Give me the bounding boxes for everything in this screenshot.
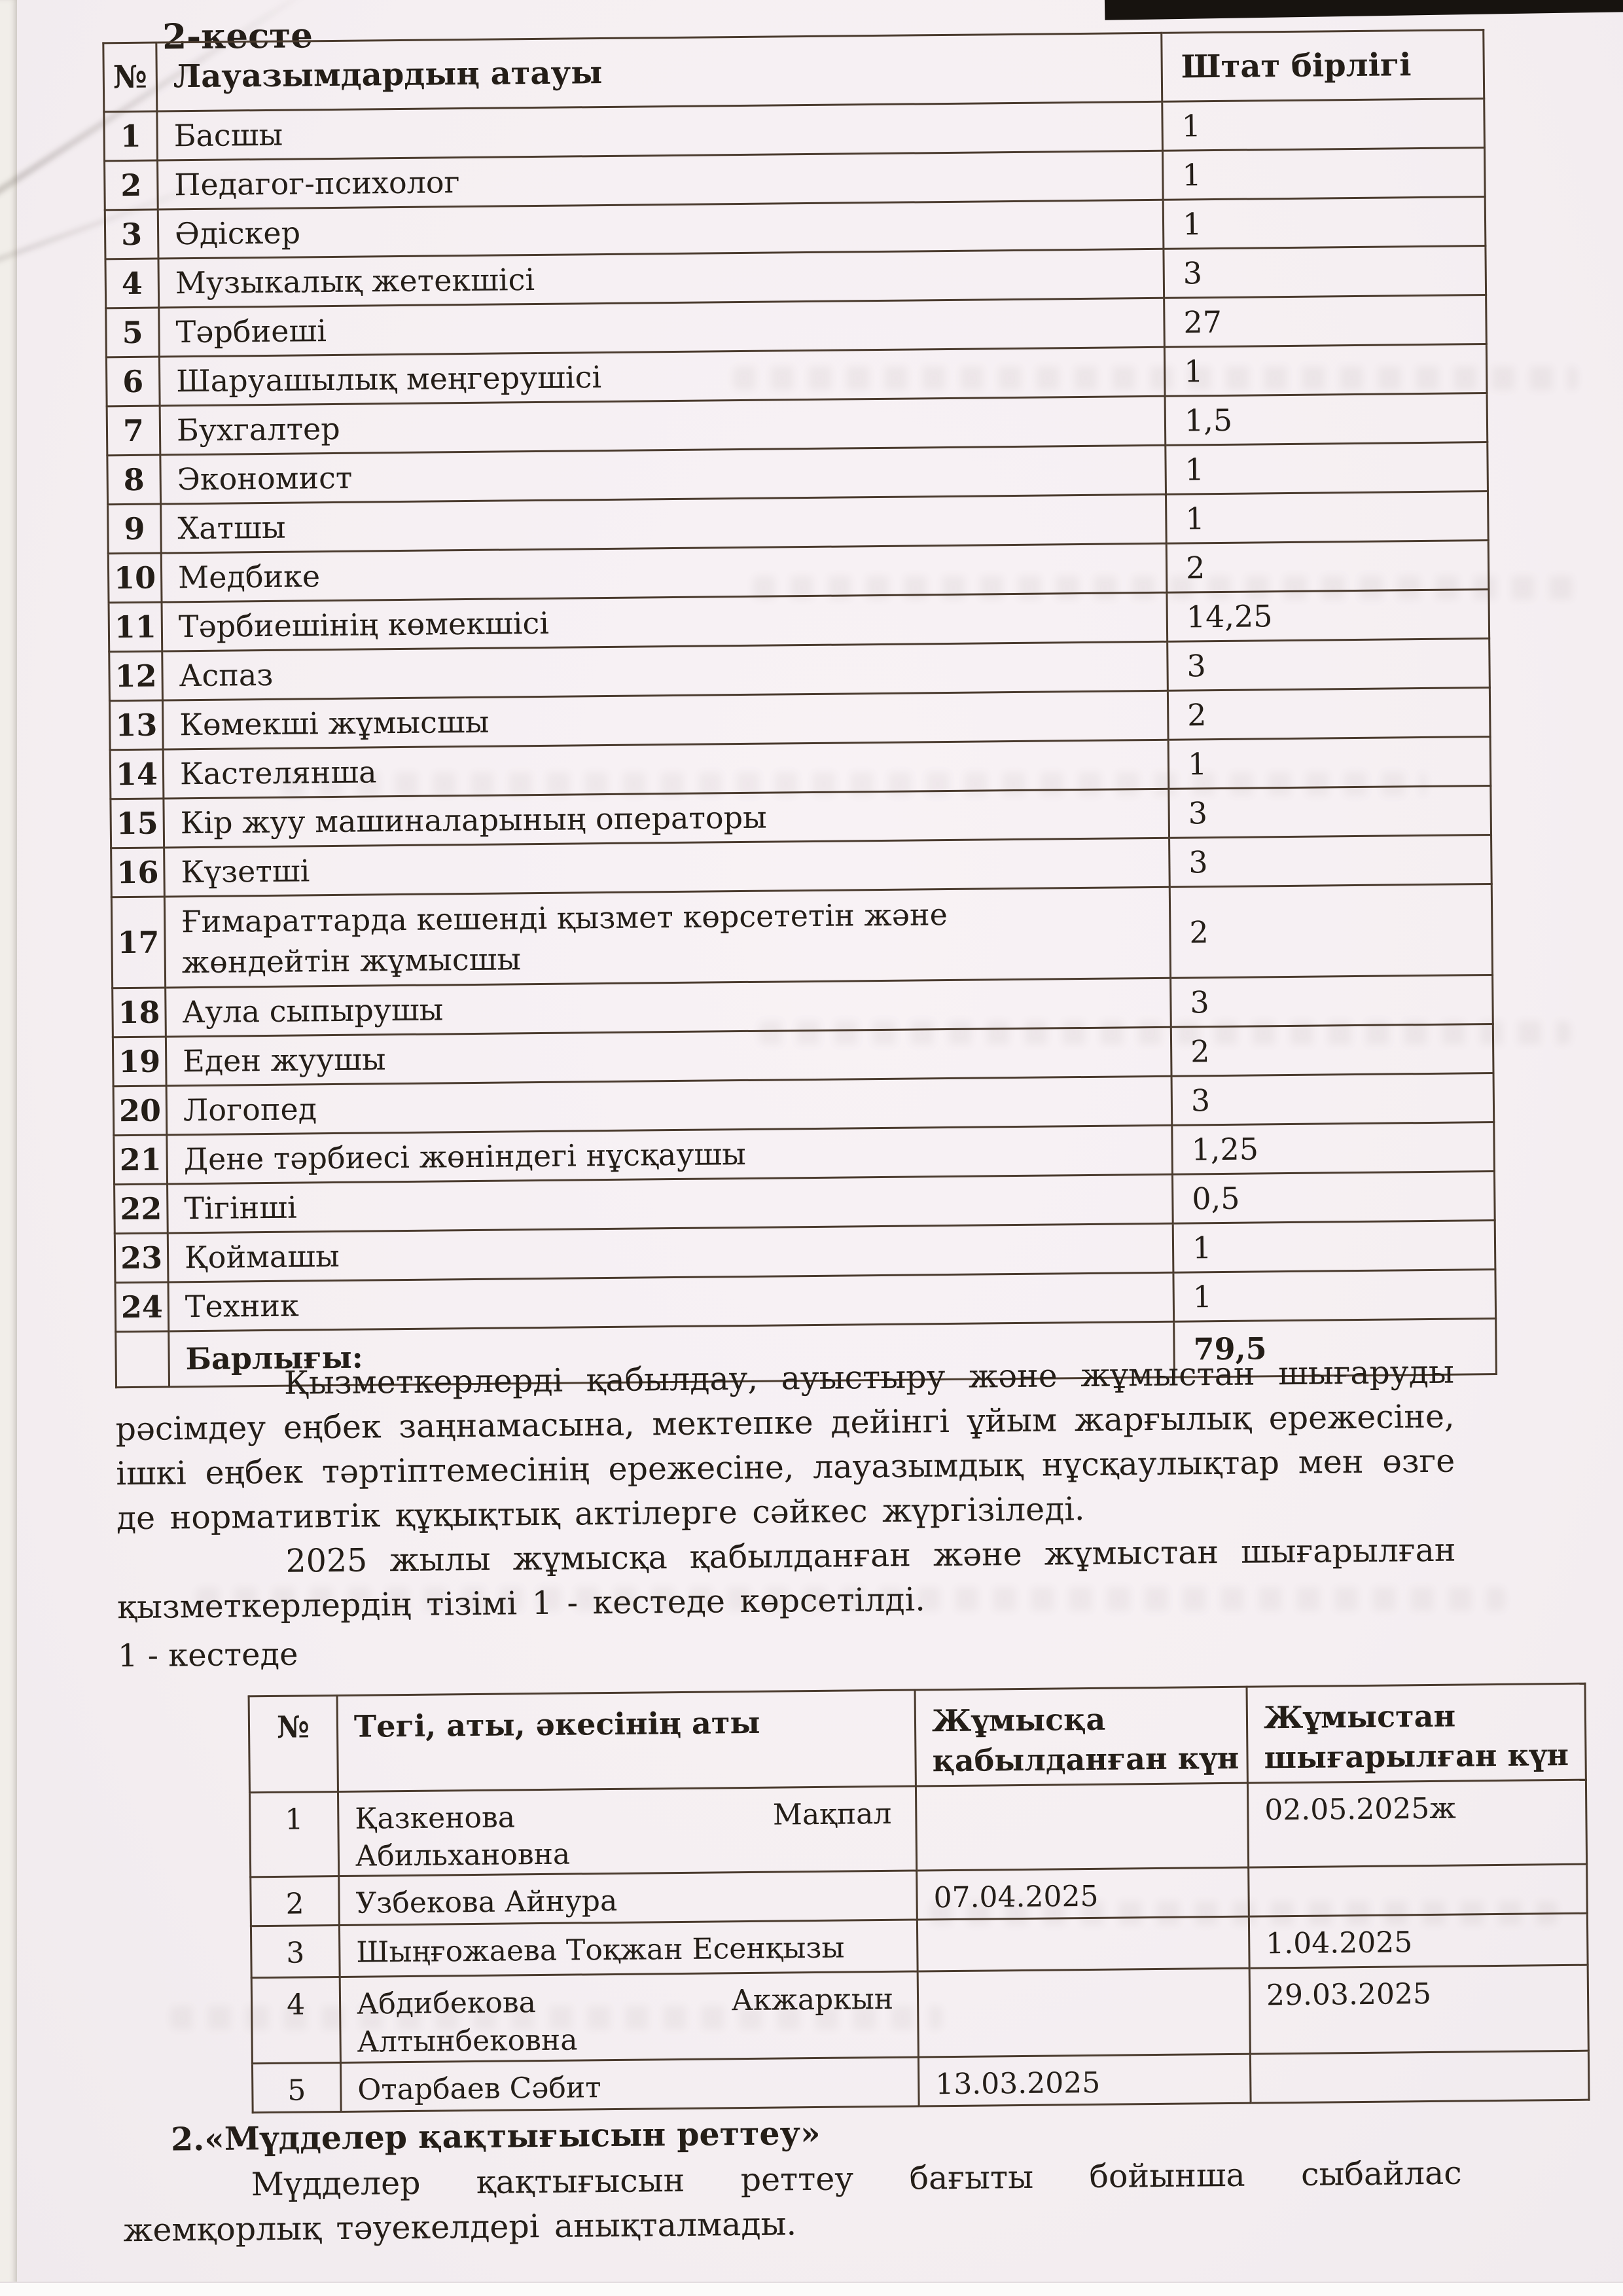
staff-units-value: 3 (1169, 786, 1491, 838)
staff-units-value: 14,25 (1167, 590, 1489, 642)
row-number: 4 (105, 259, 159, 308)
row-number: 6 (106, 357, 160, 406)
terminated-header-line1: Жұмыстан (1264, 1695, 1585, 1738)
hired-date (916, 1783, 1248, 1871)
staff-units-value: 1 (1162, 99, 1485, 151)
row-number: 17 (111, 897, 165, 988)
column-header-position: Лауазымдардың атауы (156, 33, 1162, 111)
column-header-hired-date: Жұмысқа қабылданған күн (915, 1687, 1247, 1786)
column-header-terminated-date: Жұмыстан шығарылған күн (1247, 1683, 1586, 1783)
hired-date (917, 1917, 1249, 1972)
employee-name: Шыңғожаева Тоқжан Есенқызы (339, 1920, 918, 1977)
row-number: 2 (251, 1876, 340, 1926)
section-2-block: 2.«Мүдделер қақтығысын реттеу» Мүдделер … (122, 2108, 1463, 2253)
row-number: 1 (249, 1792, 338, 1878)
terminated-date (1249, 1865, 1588, 1917)
row-number: 18 (113, 988, 166, 1037)
terminated-date (1250, 2051, 1589, 2104)
employees-table-body: № Тегі, аты, әкесінің аты Жұмысқа қабылд… (249, 1683, 1589, 2113)
column-header-number: № (103, 43, 157, 112)
column-header-number: № (249, 1696, 338, 1793)
row-number: 20 (113, 1086, 167, 1136)
position-name: Ғимараттарда кешенді қызмет көрсететін ж… (164, 887, 1170, 988)
row-number: 15 (111, 798, 164, 848)
row-number: 5 (252, 2063, 341, 2113)
staff-units-value: 1 (1162, 148, 1485, 200)
employee-patronymic: Алтынбековна (357, 2018, 918, 2060)
row-number: 21 (114, 1135, 168, 1185)
row-number: 22 (115, 1184, 168, 1234)
row-number: 11 (109, 602, 162, 652)
staff-table-header-row: № Лауазымдардың атауы Штат бірлігі (103, 30, 1484, 112)
staff-units-value: 1,5 (1165, 393, 1488, 446)
position-name-line2: жөндейтін жұмысшы (182, 933, 1169, 983)
staff-units-value: 1 (1163, 197, 1486, 249)
hired-header-line1: Жұмысқа (932, 1698, 1247, 1741)
row-number: 14 (110, 749, 164, 799)
employee-name-line1: Абдибекова Акжаркын (357, 1981, 918, 2023)
staff-units-value: 3 (1171, 975, 1493, 1028)
terminated-date: 29.03.2025 (1249, 1965, 1588, 2054)
row-number: 19 (113, 1037, 166, 1086)
terminated-date: 02.05.2025ж (1247, 1780, 1586, 1867)
staff-units-value: 1,25 (1172, 1122, 1495, 1175)
row-number: 10 (108, 553, 162, 603)
row-number: 12 (109, 651, 163, 701)
paragraph-2025-list: 2025 жылы жұмысқа қабылданған және жұмыс… (116, 1528, 1456, 1630)
row-number: 24 (115, 1282, 169, 1332)
staff-units-value: 3 (1169, 835, 1492, 888)
paragraph-hiring-procedure: Қызметкерлерді қабылдау, ауыстыру және ж… (115, 1350, 1456, 1541)
terminated-date: 1.04.2025 (1249, 1914, 1588, 1969)
employee-firstname: Акжаркын (731, 1981, 893, 2020)
staff-units-value: 1 (1168, 737, 1491, 789)
staff-units-value: 2 (1166, 541, 1489, 593)
staff-table: № Лауазымдардың атауы Штат бірлігі 1 Бас… (102, 29, 1497, 1388)
terminated-header-line2: шығарылған күн (1264, 1734, 1585, 1777)
hired-date (918, 1969, 1250, 2058)
table1-caption: 1 - кестеде (118, 1623, 1457, 1677)
staff-units-value: 27 (1164, 295, 1487, 348)
employee-name-line1: Қазкенова Мақпал (355, 1795, 916, 1838)
staff-units-value: 1 (1166, 492, 1489, 544)
employee-surname: Абдибекова (357, 1984, 536, 2023)
staff-units-value: 2 (1169, 884, 1492, 978)
employee-surname: Қазкенова (355, 1799, 515, 1838)
staff-units-value: 1 (1166, 442, 1488, 495)
staff-row: 17 Ғимараттарда кешенді қызмет көрсететі… (111, 884, 1492, 988)
hired-date: 13.03.2025 (918, 2054, 1251, 2107)
row-number: 3 (251, 1926, 340, 1978)
staff-units-value: 1 (1173, 1269, 1496, 1321)
column-header-units: Штат бірлігі (1162, 30, 1484, 102)
employee-patronymic: Абильхановна (355, 1833, 916, 1875)
scanned-page-background: 2-кесте № Лауазымдардың атауы Штат бірлі… (0, 0, 1623, 2296)
employee-firstname: Мақпал (773, 1795, 892, 1834)
row-number: 13 (109, 700, 163, 750)
staff-units-value: 2 (1168, 688, 1490, 740)
document-content: 2-кесте № Лауазымдардың атауы Штат бірлі… (0, 0, 1623, 2296)
employee-row: 1 Қазкенова Мақпал Абильхановна 02.05.20… (249, 1780, 1586, 1877)
section-2-heading: 2.«Мүдделер қақтығысын реттеу» (171, 2108, 1461, 2159)
scanner-bottom-strip (0, 2282, 1623, 2296)
employee-name: Узбекова Айнура (339, 1871, 918, 1925)
staff-units-value: 3 (1171, 1073, 1494, 1126)
row-number: 4 (251, 1977, 340, 2064)
row-number: 7 (107, 406, 160, 456)
employee-name: Қазкенова Мақпал Абильхановна (338, 1786, 916, 1876)
row-number: 16 (111, 848, 165, 897)
staff-units-value: 2 (1171, 1024, 1493, 1077)
row-number: 5 (106, 308, 160, 357)
section-2-paragraph: Мүдделер қақтығысын реттеу бағыты бойынш… (122, 2151, 1462, 2253)
row-number: 1 (104, 111, 158, 161)
body-text-block: Қызметкерлерді қабылдау, ауыстыру және ж… (115, 1350, 1457, 1677)
column-header-fullname: Тегі, аты, әкесінің аты (337, 1690, 916, 1791)
employee-name: Абдибекова Акжаркын Алтынбековна (340, 1971, 918, 2062)
hired-header-line2: қабылданған күн (932, 1738, 1247, 1780)
row-number: 3 (105, 209, 158, 259)
staff-units-value: 0,5 (1172, 1172, 1495, 1224)
staff-units-value: 3 (1164, 246, 1486, 298)
staff-table-body: № Лауазымдардың атауы Штат бірлігі 1 Бас… (103, 30, 1497, 1388)
row-number: 23 (115, 1233, 168, 1283)
row-number: 9 (108, 504, 162, 554)
employees-table: № Тегі, аты, әкесінің аты Жұмысқа қабылд… (248, 1683, 1590, 2114)
row-number: 2 (105, 160, 158, 210)
hired-date: 07.04.2025 (917, 1868, 1249, 1920)
employee-name: Отарбаев Сәбит (340, 2057, 919, 2111)
staff-units-value: 3 (1168, 639, 1490, 691)
row-number: 8 (107, 455, 161, 505)
employee-row: 4 Абдибекова Акжаркын Алтынбековна 29.03… (251, 1965, 1588, 2064)
staff-units-value: 1 (1164, 344, 1487, 397)
employees-table-header-row: № Тегі, аты, әкесінің аты Жұмысқа қабылд… (249, 1683, 1586, 1793)
staff-units-value: 1 (1173, 1221, 1495, 1273)
